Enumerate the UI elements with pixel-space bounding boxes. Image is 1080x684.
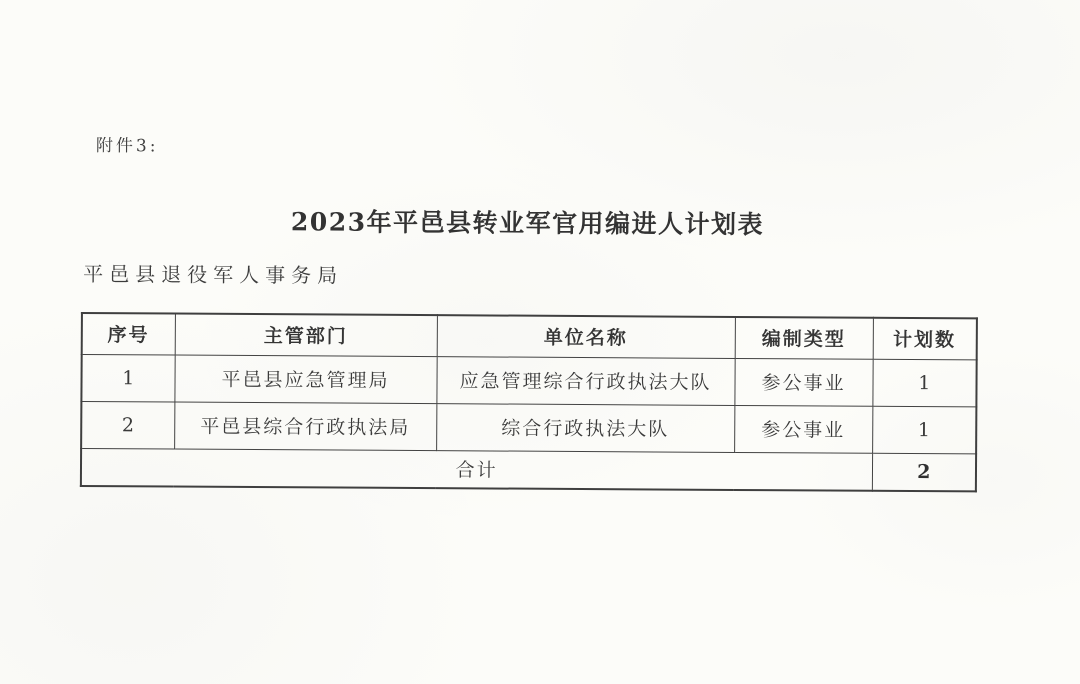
cell-department: 平邑县应急管理局 xyxy=(174,355,436,404)
column-header-unit: 单位名称 xyxy=(437,315,735,358)
staffing-plan-table: 序号 主管部门 单位名称 编制类型 计划数 1 平邑县应急管理局 应急管理综合行… xyxy=(80,312,978,492)
column-header-department: 主管部门 xyxy=(175,314,437,357)
table-row: 1 平邑县应急管理局 应急管理综合行政执法大队 参公事业 1 xyxy=(81,354,976,406)
cell-count: 1 xyxy=(872,359,976,407)
column-header-count: 计划数 xyxy=(873,318,977,360)
cell-seq: 2 xyxy=(81,401,174,449)
cell-department: 平邑县综合行政执法局 xyxy=(174,402,436,451)
cell-type: 参公事业 xyxy=(734,358,872,406)
total-label-cell: 合计 xyxy=(81,448,872,491)
cell-unit: 应急管理综合行政执法大队 xyxy=(436,356,734,405)
cell-seq: 1 xyxy=(81,354,174,402)
page-title: 2023年平邑县转业军官用编进人计划表 xyxy=(0,200,1068,243)
table-total-row: 合计 2 xyxy=(81,448,976,491)
document-content: 附件3: 2023年平邑县转业军官用编进人计划表 平邑县退役军人事务局 序号 主… xyxy=(0,0,1080,684)
cell-unit: 综合行政执法大队 xyxy=(436,403,734,452)
bureau-name: 平邑县退役军人事务局 xyxy=(83,258,343,289)
table-row: 2 平邑县综合行政执法局 综合行政执法大队 参公事业 1 xyxy=(81,401,976,453)
attachment-label: 附件3: xyxy=(96,131,159,156)
table-header-row: 序号 主管部门 单位名称 编制类型 计划数 xyxy=(82,313,977,359)
cell-type: 参公事业 xyxy=(734,405,872,453)
column-header-type: 编制类型 xyxy=(735,317,873,359)
scanned-document-page: 附件3: 2023年平邑县转业军官用编进人计划表 平邑县退役军人事务局 序号 主… xyxy=(0,0,1080,684)
total-count-cell: 2 xyxy=(872,453,976,492)
cell-count: 1 xyxy=(872,406,976,454)
column-header-seq: 序号 xyxy=(82,313,175,355)
